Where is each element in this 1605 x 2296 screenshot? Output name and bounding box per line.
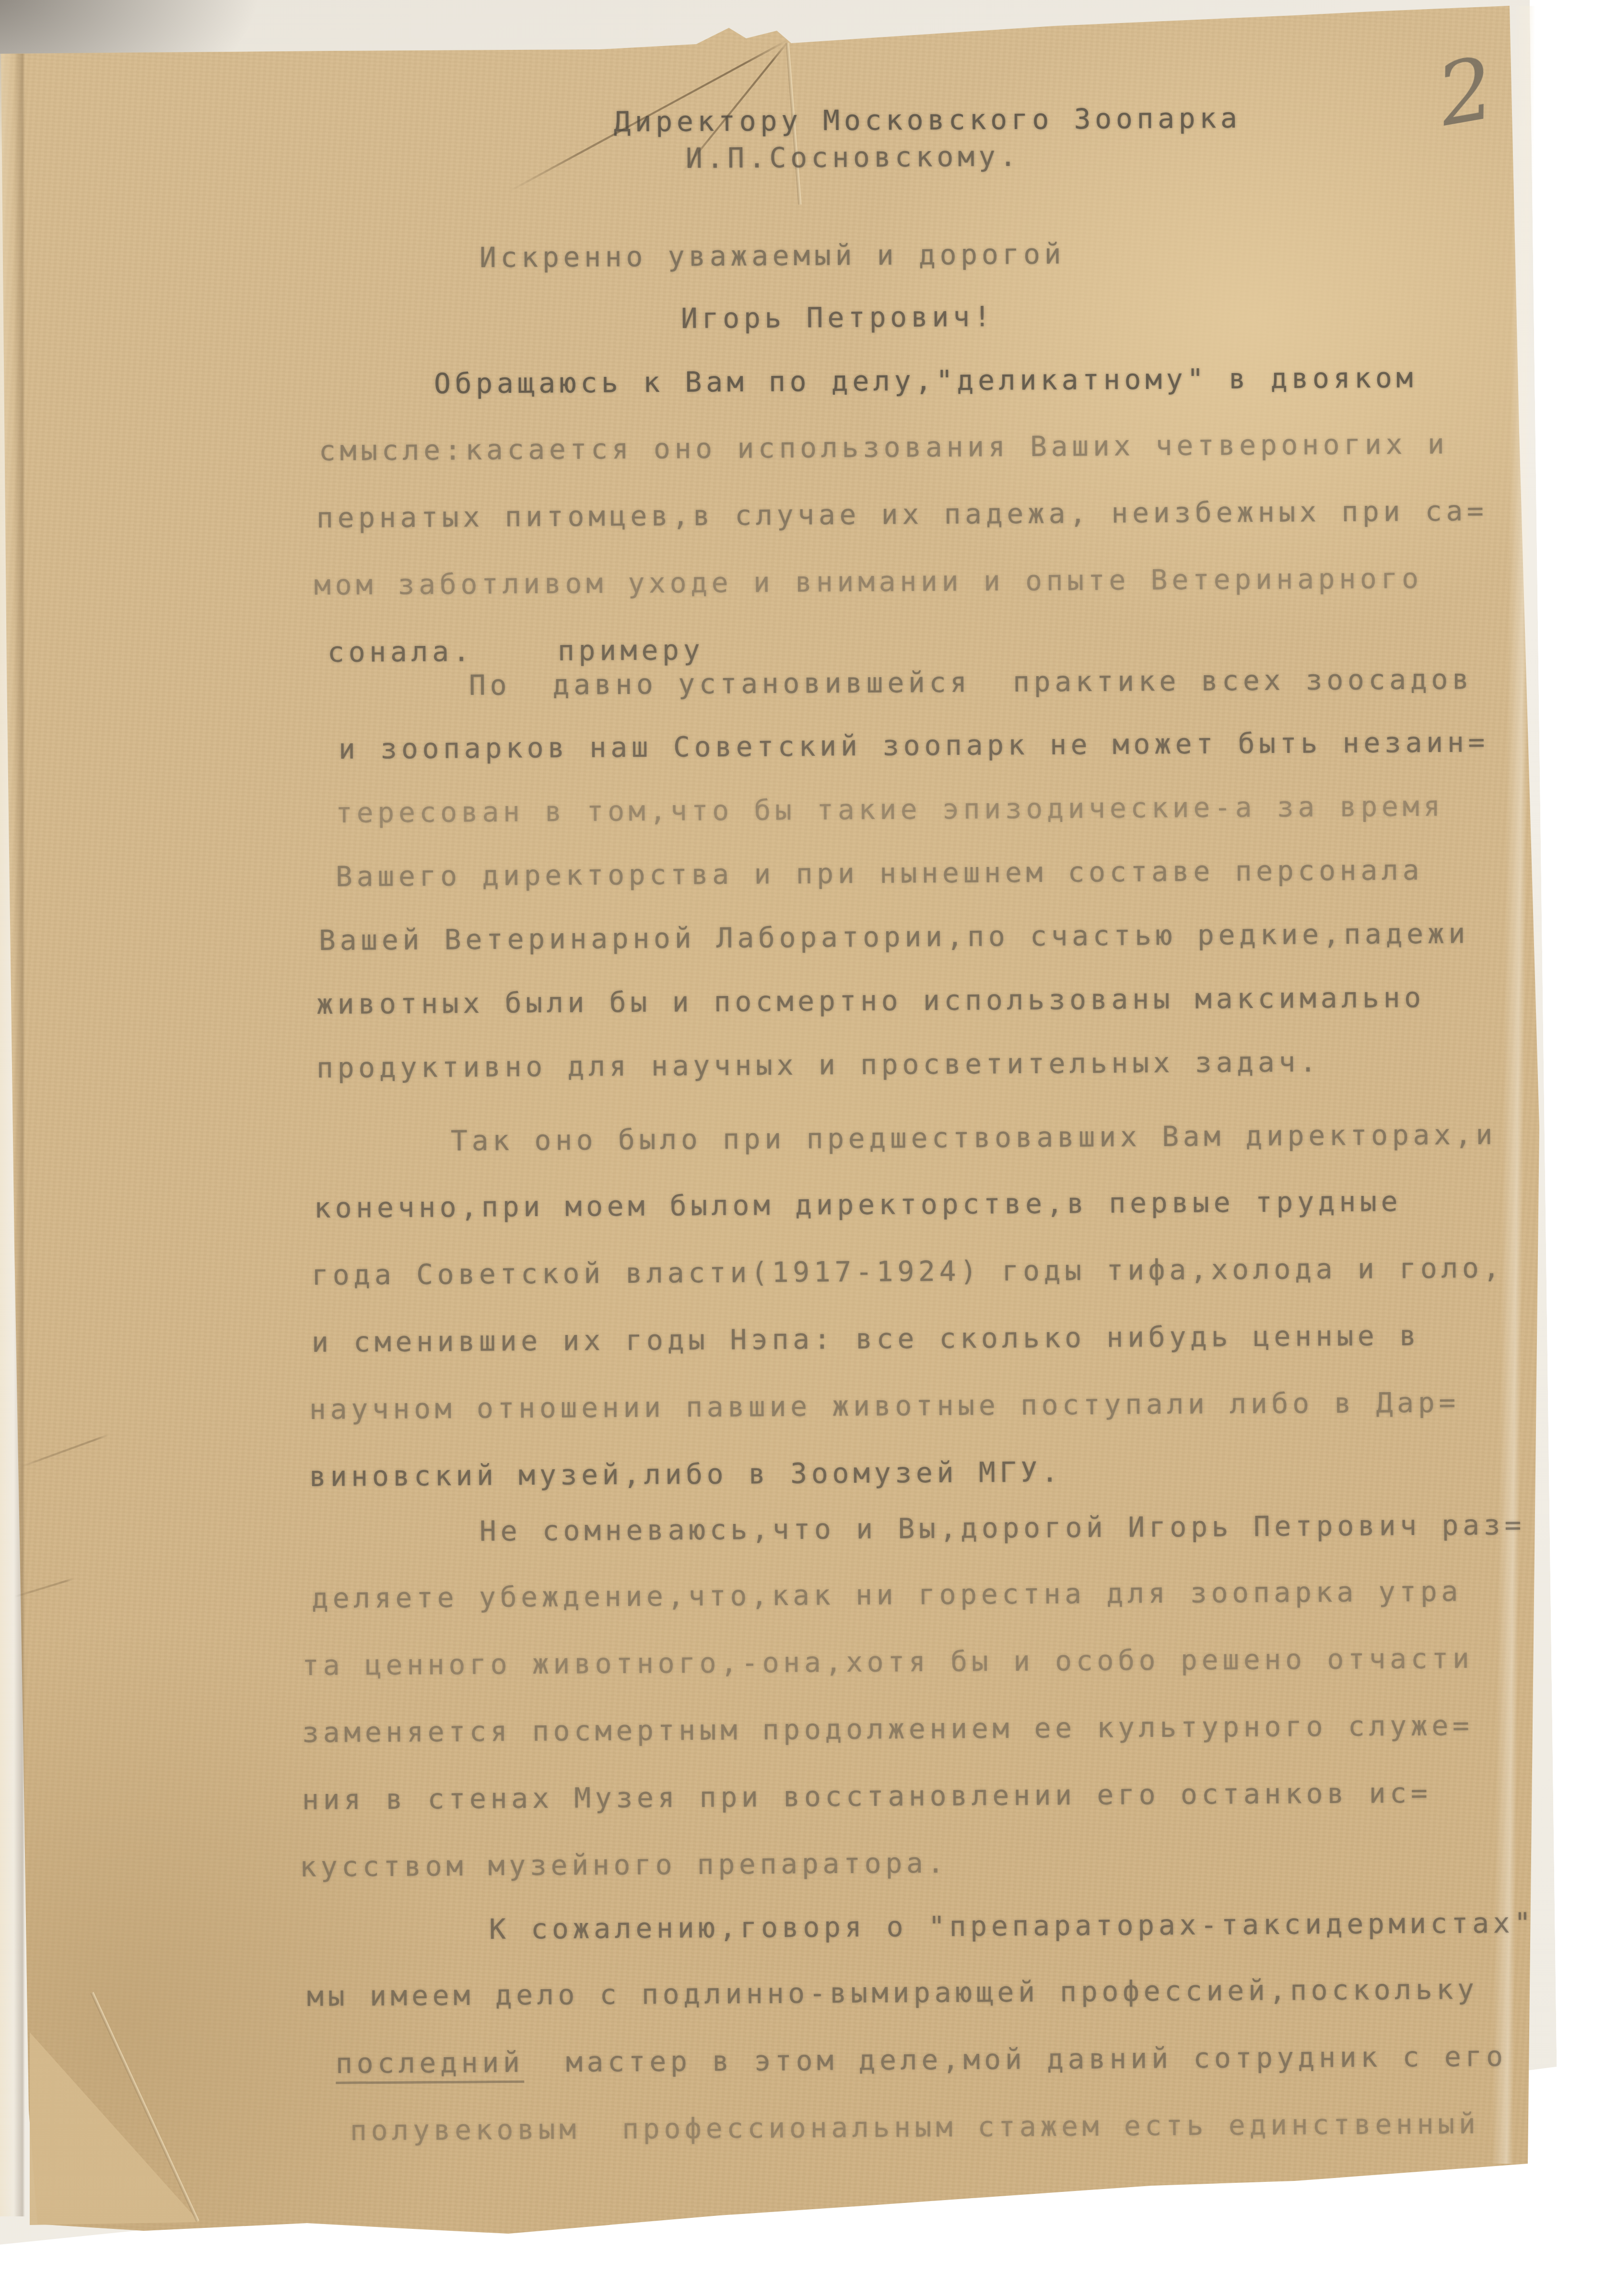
typed-line: Так оно было при предшествовавших Вам ди…	[451, 1118, 1497, 1157]
recipient-line: Директору Московского Зоопарка	[614, 102, 1242, 138]
recipient-line: И.П.Сосновскому.	[686, 140, 1020, 175]
typed-line: сонала. примеру	[328, 633, 704, 668]
underlined-word: последний	[336, 2046, 524, 2084]
typed-line: Обращаюсь к Вам по делу,"деликатному" в …	[434, 361, 1417, 400]
typed-line: кусством музейного препаратора.	[300, 1847, 949, 1883]
typed-line: мы имеем дело с подлинно-вымирающей проф…	[307, 1973, 1478, 2013]
line-rest: мастер в этом деле,мой давний сотрудник …	[524, 2040, 1507, 2079]
typed-line: полувековым профессиональным стажем есть…	[350, 2108, 1480, 2147]
typed-line: та ценного животного,-она,хотя бы и особ…	[302, 1642, 1474, 1682]
typewritten-text: Директору Московского Зоопарка И.П.Сосно…	[0, 0, 1605, 2296]
typed-line: Не сомневаюсь,что и Вы,дорогой Игорь Пет…	[480, 1509, 1525, 1547]
typed-line: По давно установившейся практике всех зо…	[469, 663, 1473, 702]
typed-line: и зоопарков наш Советский зоопарк не мож…	[339, 726, 1489, 765]
typed-line: Вашего директорства и при нынешнем соста…	[336, 854, 1424, 893]
typed-line: года Советской власти(1917-1924) годы ти…	[312, 1252, 1504, 1291]
typed-line: животных были бы и посмертно использован…	[316, 981, 1425, 1020]
typed-line: пернатых питомцев,в случае их падежа, не…	[316, 494, 1488, 534]
typed-line: Вашей Ветеринарной Лаборатории,по счасть…	[319, 917, 1469, 957]
typed-line: виновский музей,либо в Зоомузей МГУ.	[309, 1455, 1063, 1493]
typed-line: ния в стенах Музея при восстановлении ег…	[302, 1777, 1432, 1816]
typed-line: продуктивно для научных и просветительны…	[316, 1045, 1321, 1084]
typed-line: заменяется посмертным продолжением ее ку…	[302, 1709, 1474, 1749]
typed-line: смысле:касается оно использования Ваших …	[319, 428, 1449, 467]
typed-line: конечно,при моем былом директорстве,в пе…	[314, 1185, 1402, 1224]
typed-line: и сменившие их годы Нэпа: все сколько ни…	[312, 1319, 1420, 1359]
salutation-line: Искренно уважаемый и дорогой	[480, 238, 1066, 274]
typed-line: тересован в том,что бы такие эпизодическ…	[336, 790, 1444, 829]
typed-line: мом заботливом уходе и внимании и опыте …	[314, 562, 1423, 601]
typed-line: научном отношении павшие животные поступ…	[309, 1386, 1460, 1426]
typed-line: последний мастер в этом деле,мой давний …	[336, 2040, 1507, 2080]
typed-line: К сожалению,говоря о "препараторах-такси…	[489, 1907, 1535, 1945]
salutation-line: Игорь Петрович!	[681, 300, 995, 335]
typed-line: деляете убеждение,что,как ни горестна дл…	[312, 1575, 1462, 1615]
